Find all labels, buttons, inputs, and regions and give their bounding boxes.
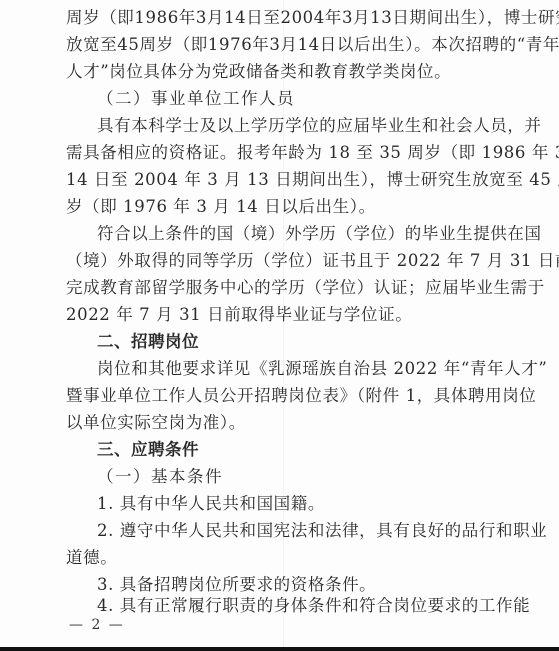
section-subheading: （一）基本条件 bbox=[97, 467, 456, 487]
text-line: （境）外取得的同等学历（学位）证书且于 2022 年 7 月 31 日前 bbox=[66, 251, 456, 271]
list-item: 2. 遵守中华人民共和国宪法和法律，具有良好的品行和职业 bbox=[97, 521, 456, 541]
text-line: 岁（即 1976 年 3 月 14 日以后出生）。 bbox=[66, 197, 456, 217]
text-line: 以单位实际空岗为准）。 bbox=[66, 413, 456, 433]
page-number: — 2 — bbox=[69, 617, 125, 633]
text-line: 需具备相应的资格证。报考年龄为 18 至 35 周岁（即 1986 年 3 月 bbox=[66, 143, 456, 163]
section-heading: 三、应聘条件 bbox=[97, 440, 456, 460]
text-line: 岗位和其他要求详见《乳源瑶族自治县 2022 年“青年人才” bbox=[97, 359, 456, 379]
text-line: 完成教育部留学服务中心的学历（学位）认证；应届毕业生需于 bbox=[66, 278, 456, 298]
text-line: 人才”岗位具体分为党政储备类和教育教学类岗位。 bbox=[66, 62, 456, 82]
list-item: 1. 具有中华人民共和国国籍。 bbox=[97, 494, 456, 514]
text-line: 2022 年 7 月 31 日前取得毕业证与学位证。 bbox=[66, 305, 456, 325]
text-line: 道德。 bbox=[66, 548, 456, 568]
section-heading: 二、招聘岗位 bbox=[97, 332, 456, 352]
bottom-border bbox=[0, 647, 559, 651]
text-line: 符合以上条件的国（境）外学历（学位）的毕业生提供在国 bbox=[97, 224, 456, 244]
document-page: 周岁（即1986年3月14日至2004年3月13日期间出生），博士研究生 放宽至… bbox=[0, 0, 559, 647]
list-item: 3. 具备招聘岗位所要求的资格条件。 bbox=[97, 575, 456, 595]
list-item: 4. 具有正常履行职责的身体条件和符合岗位要求的工作能 bbox=[97, 596, 456, 616]
text-line: 周岁（即1986年3月14日至2004年3月13日期间出生），博士研究生 bbox=[66, 8, 456, 28]
text-line: 14 日至 2004 年 3 月 13 日期间出生），博士研究生放宽至 45 周 bbox=[66, 170, 456, 190]
text-line: 具有本科学士及以上学历学位的应届毕业生和社会人员，并 bbox=[97, 116, 456, 136]
text-line: 放宽至45周岁（即1976年3月14日以后出生）。本次招聘的“青年 bbox=[66, 35, 456, 55]
section-subheading: （二）事业单位工作人员 bbox=[97, 89, 456, 109]
text-line: 暨事业单位工作人员公开招聘岗位表》（附件 1，具体聘用岗位 bbox=[66, 386, 456, 406]
